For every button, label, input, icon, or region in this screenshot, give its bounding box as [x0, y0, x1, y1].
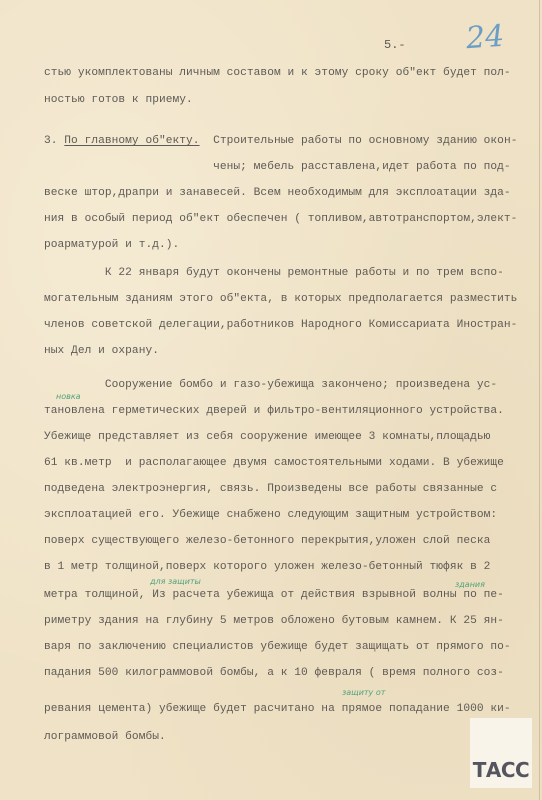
text-line: лограммовой бомбы.	[44, 730, 166, 744]
tass-watermark: ТАСС	[470, 718, 532, 788]
text-line: варя по заключению специалистов убежище …	[44, 640, 511, 654]
text-line: метра толщиной, Из расчета убежища от де…	[44, 588, 504, 602]
text-line: членов советской делегации,работников На…	[44, 318, 517, 332]
text-line: падания 500 килограммовой бомбы, а к 10 …	[44, 666, 504, 680]
text-line: 61 кв.метр и располагающее двумя самосто…	[44, 456, 504, 470]
text-line: стью укомплектованы личным составом и к …	[44, 66, 511, 80]
page-edge	[539, 0, 540, 800]
text-line: ных Дел и охрану.	[44, 344, 159, 358]
handwritten-note: для защиты	[150, 577, 201, 586]
handwritten-page-number: 24	[465, 19, 506, 57]
text-line: К 22 января будут окончены ремонтные раб…	[44, 266, 504, 280]
section-heading-line: 3. По главному об"екту. Строительные раб…	[44, 134, 517, 148]
text-line: в 1 метр толщиной,поверх которого уложен…	[44, 560, 490, 574]
text-line: ностью готов к приему.	[44, 93, 193, 107]
page-number: 5.-	[384, 38, 406, 52]
text-line: могательным зданиям этого об"екта, в кот…	[44, 292, 517, 306]
text-line: роарматурой и т.д.).	[44, 238, 179, 252]
tass-logo: ТАСС	[473, 758, 529, 782]
handwritten-note: защиту от	[342, 688, 385, 697]
text-line: чены; мебель расставлена,идет работа по …	[44, 160, 511, 174]
text-line: подведена электроэнергия, связь. Произве…	[44, 482, 497, 496]
handwritten-note: новка	[56, 392, 81, 401]
text-line: ревания цемента) убежище будет расчитано…	[44, 702, 511, 716]
text-line: поверх существующего железо-бетонного пе…	[44, 534, 490, 548]
text-line: веске штор,драпри и занавесей. Всем необ…	[44, 186, 511, 200]
text-line: эксплоатацией его. Убежище снабжено след…	[44, 508, 497, 522]
text-line: Сооружение бомбо и газо-убежища закончен…	[44, 378, 497, 392]
text-line: Убежище представляет из себя сооружение …	[44, 430, 490, 444]
text-line: риметру здания на глубину 5 метров облож…	[44, 614, 504, 628]
document-page: 5.- 24 стью укомплектованы личным состав…	[0, 0, 542, 800]
text-line: ния в особый период об"ект обеспечен ( т…	[44, 212, 517, 226]
section-heading: По главному об"екту.	[64, 135, 199, 147]
text-line: тановлена герметических дверей и фильтро…	[44, 404, 504, 418]
